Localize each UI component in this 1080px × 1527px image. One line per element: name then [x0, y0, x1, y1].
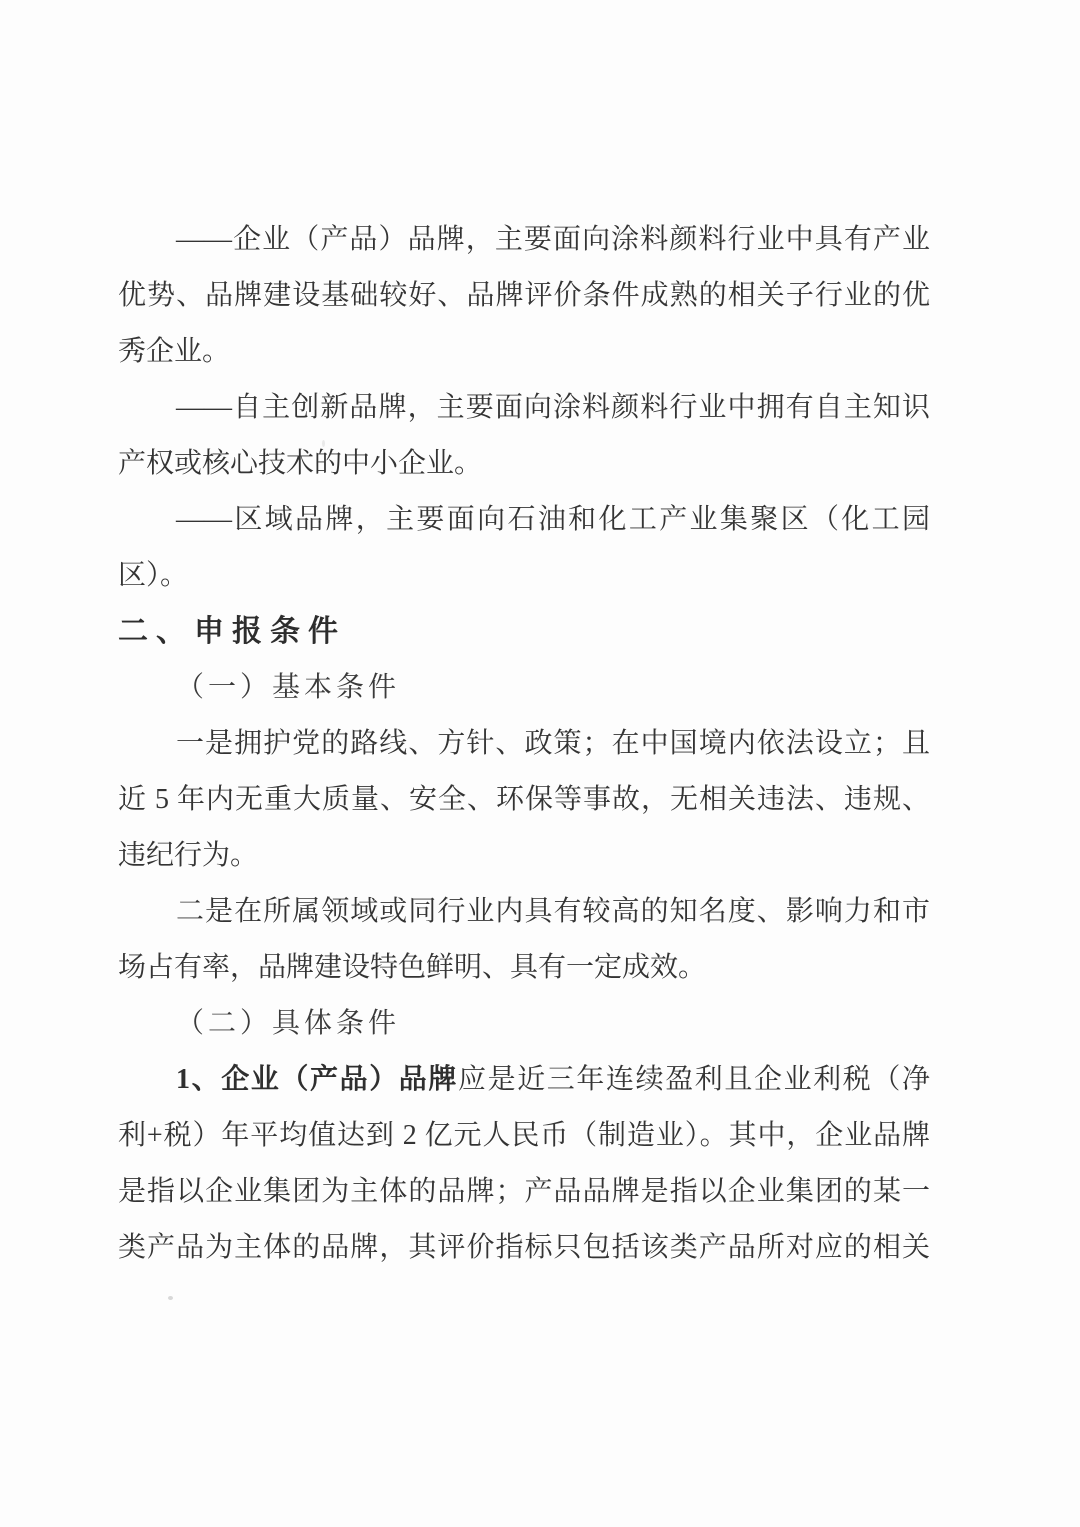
text-line: ——区域品牌，主要面向石油和化工产业集聚区（化工园: [118, 492, 930, 548]
scan-artifact: [322, 440, 325, 447]
text-line: 场占有率，品牌建设特色鲜明、具有一定成效。: [118, 940, 930, 996]
bold-lead-enterprise-product-brand: 1、企业（产品）品牌: [176, 1064, 458, 1095]
text-line: 1、企业（产品）品牌应是近三年连续盈利且企业利税（净: [118, 1052, 930, 1108]
text-line: 一是拥护党的路线、方针、政策；在中国境内依法设立；且: [118, 716, 930, 772]
text-line: ——企业（产品）品牌，主要面向涂料颜料行业中具有产业: [118, 212, 930, 268]
text-line: 优势、品牌建设基础较好、品牌评价条件成熟的相关子行业的优: [118, 268, 930, 324]
text-line: 利+税）年平均值达到 2 亿元人民币（制造业）。其中，企业品牌: [118, 1108, 930, 1164]
scan-artifact: [168, 1296, 173, 1300]
text-line: 近 5 年内无重大质量、安全、环保等事故，无相关违法、违规、: [118, 772, 930, 828]
text-run: 应是近三年连续盈利且企业利税（净: [458, 1064, 930, 1095]
text-line: 秀企业。: [118, 324, 930, 380]
text-line: 是指以企业集团为主体的品牌；产品品牌是指以企业集团的某一: [118, 1164, 930, 1220]
text-line: ——自主创新品牌，主要面向涂料颜料行业中拥有自主知识: [118, 380, 930, 436]
text-line: 违纪行为。: [118, 828, 930, 884]
section-heading: 二、申报条件: [118, 604, 930, 660]
subsection-heading-basic: （一）基本条件: [118, 660, 930, 716]
document-body: ——企业（产品）品牌，主要面向涂料颜料行业中具有产业 优势、品牌建设基础较好、品…: [118, 212, 930, 1276]
text-line: 二是在所属领域或同行业内具有较高的知名度、影响力和市: [118, 884, 930, 940]
text-line: 区）。: [118, 548, 930, 604]
document-page: ——企业（产品）品牌，主要面向涂料颜料行业中具有产业 优势、品牌建设基础较好、品…: [0, 0, 1080, 1527]
text-line: 产权或核心技术的中小企业。: [118, 436, 930, 492]
subsection-heading-specific: （二）具体条件: [118, 996, 930, 1052]
text-line: 类产品为主体的品牌，其评价指标只包括该类产品所对应的相关: [118, 1220, 930, 1276]
